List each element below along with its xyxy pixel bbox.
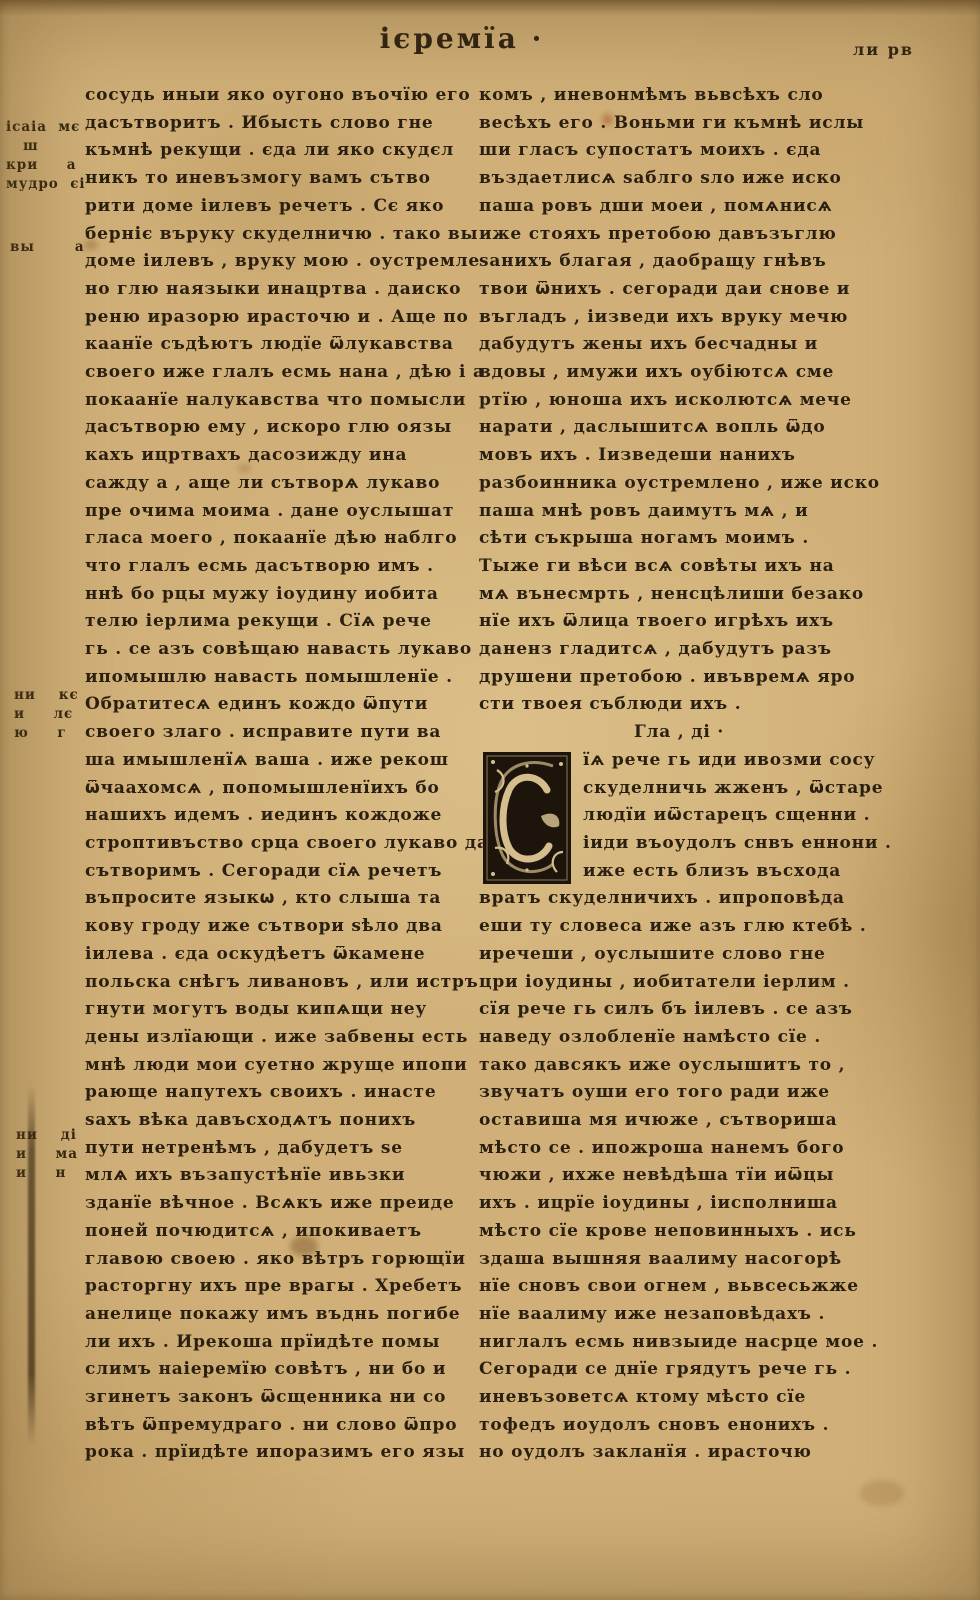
paper-stain	[860, 1480, 904, 1506]
margin-note-1: ісаіа мє ш кри а мудро єі	[6, 118, 86, 194]
text-line: но оудолъ закланїя . ирасточю	[479, 1439, 879, 1467]
text-line: іиди въоудолъ снвъ еннони .	[583, 830, 879, 858]
text-line: цри іоудины , иобитатели іерлим .	[479, 969, 879, 997]
text-line: что глалъ есмь дасътворю имъ .	[85, 553, 477, 581]
paper-stain	[602, 114, 613, 125]
margin-note-4: ни ді и ма и н	[16, 1126, 78, 1183]
binding-shadow-streak	[28, 1085, 35, 1445]
text-line: поней почюдитсѧ , ипокиваетъ	[85, 1218, 477, 1246]
decorated-initial-block	[483, 752, 571, 884]
text-line: нїе ваалиму иже незаповѣдахъ .	[479, 1301, 879, 1329]
text-line: паша ровъ дши моеи , помѧнисѧ	[479, 193, 879, 221]
text-line: Сегоради се днїе грядутъ рече гь .	[479, 1356, 879, 1384]
text-line: мѣсто се . ипожроша нанемъ бого	[479, 1135, 879, 1163]
text-line: ниглалъ есмь нивзыиде насрце мое .	[479, 1329, 879, 1357]
text-line: гь . се азъ совѣщаю навасть лукаво	[85, 636, 477, 664]
chapter-opening: їѧ рече гь иди ивозми сосускуделничь жже…	[479, 747, 879, 886]
text-line: звучатъ оуши его того ради иже	[479, 1079, 879, 1107]
text-line: пути нетренѣмъ , дабудетъ ѕе	[85, 1135, 477, 1163]
text-line: нашихъ идемъ . иединъ кождоже	[85, 802, 477, 830]
text-line: млѧ ихъ възапустѣнїе ивьзки	[85, 1162, 477, 1190]
text-line: ѿчаахомсѧ , попомышленїихъ бо	[85, 775, 477, 803]
text-line: пре очима моима . дане оуслышат	[85, 498, 477, 526]
text-line: мовъ ихъ . Іизведеши нанихъ	[479, 442, 879, 470]
text-line: наведу озлобленїе намѣсто сїе .	[479, 1024, 879, 1052]
text-line: расторгну ихъ пре врагы . Хребетъ	[85, 1273, 477, 1301]
text-line: иневъзоветсѧ ктому мѣсто сїе	[479, 1384, 879, 1412]
margin-note-3: ни кє и лє ю г	[14, 686, 79, 743]
margin-note-2: вы а	[10, 238, 85, 257]
text-line: иже есть близъ въсхода	[583, 858, 879, 886]
text-line: еши ту словеса иже азъ глю ктебѣ .	[479, 913, 879, 941]
text-line: Тыже ги вѣси всѧ совѣты ихъ на	[479, 553, 879, 581]
text-line: паша мнѣ ровъ даимутъ мѧ , и	[479, 498, 879, 526]
text-line: доме іилевъ , вруку мою . оустремле	[85, 248, 477, 276]
text-line: рока . прїидѣте ипоразимъ его язы	[85, 1439, 477, 1467]
text-line: комъ , иневонмѣмъ вьвсѣхъ сло	[479, 82, 879, 110]
text-line: нїе ихъ ѿлица твоего игрѣхъ ихъ	[479, 608, 879, 636]
text-line: рающе напутехъ своихъ . инасте	[85, 1079, 477, 1107]
text-line: каанїе съдѣютъ людїе ѿлукавства	[85, 331, 477, 359]
text-line: въпросите языкѡ , кто слыша та	[85, 885, 477, 913]
text-line: разбоинника оустремлено , иже иско	[479, 470, 879, 498]
text-line: берніє въруку скуделничю . тако вы	[85, 221, 477, 249]
text-line: ли ихъ . Ирекоша прїидѣте помы	[85, 1329, 477, 1357]
text-line: вѣтъ ѿпремудраго . ни слово ѿпро	[85, 1412, 477, 1440]
text-line: ѕахъ вѣка давъсходѧтъ понихъ	[85, 1107, 477, 1135]
paper-stain	[238, 464, 251, 473]
text-line: згинетъ законъ ѿсщенника ни со	[85, 1384, 477, 1412]
text-line: сажду а , аще ли сътворѧ лукаво	[85, 470, 477, 498]
text-line: дасътворитъ . Ибысть слово гне	[85, 110, 477, 138]
page-header-title: ієремїа ·	[0, 22, 952, 55]
text-line: даненз гладитсѧ , дабудутъ разъ	[479, 636, 879, 664]
text-line: твои ѿнихъ . сегоради даи снове и	[479, 276, 879, 304]
text-line: ипомышлю навасть помышленїе .	[85, 664, 477, 692]
text-line: ши гласъ супостатъ моихъ . єда	[479, 137, 879, 165]
text-line: тако давсякъ иже оуслышитъ то ,	[479, 1052, 879, 1080]
text-line: чюжи , ихже невѣдѣша тїи иѿцы	[479, 1162, 879, 1190]
text-line: вдовы , имужи ихъ оубіютсѧ сме	[479, 359, 879, 387]
text-line: дены излїающи . иже забвены есть	[85, 1024, 477, 1052]
text-line: но глю наязыки инацртва . даиско	[85, 276, 477, 304]
text-line: въгладъ , іизведи ихъ вруку мечю	[479, 304, 879, 332]
text-line: Обратитесѧ единъ кождо ѿпути	[85, 691, 477, 719]
text-line: зданїе вѣчное . Всѧкъ иже преиде	[85, 1190, 477, 1218]
text-line: тофедъ иоудолъ сновъ енонихъ .	[479, 1412, 879, 1440]
left-text-column: сосудь иныи яко оугоно въочїю егодасътво…	[85, 82, 477, 1467]
text-line: нарати , даслышитсѧ вопль ѿдо	[479, 414, 879, 442]
text-line: сътворимъ . Сегоради сїѧ речетъ	[85, 858, 477, 886]
text-line: мѣсто сїе крове неповинныхъ . ись	[479, 1218, 879, 1246]
text-line: въздаетлисѧ ѕаблго ѕло иже иско	[479, 165, 879, 193]
text-line: дабудутъ жены ихъ бесчадны и	[479, 331, 879, 359]
text-line: своего иже глалъ есмь нана , дѣю і а	[85, 359, 477, 387]
text-line: анелице покажу имъ въднь погибе	[85, 1301, 477, 1329]
chapter-heading: Гла , ді ·	[479, 719, 879, 747]
text-line: оставиша мя ичюже , сътвориша	[479, 1107, 879, 1135]
text-line: ннѣ бо рцы мужу іоудину иобита	[85, 581, 477, 609]
text-line: ихъ . ицрїе іоудины , іисполниша	[479, 1190, 879, 1218]
text-line: ша имышленїѧ ваша . иже рекош	[85, 747, 477, 775]
text-line: сїя рече гь силъ бъ іилевъ . се азъ	[479, 996, 879, 1024]
text-line: здаша вышняя ваалиму насогорѣ	[479, 1246, 879, 1274]
initial-ornament-icon	[483, 752, 571, 884]
right-column-lower: вратъ скуделничихъ . ипроповѣдаеши ту сл…	[479, 885, 879, 1467]
book-page: ієремїа · ли рв ісаіа мє ш кри а мудро є…	[0, 0, 980, 1600]
text-line: іилева . єда оскудѣетъ ѿкамене	[85, 941, 477, 969]
text-line: кову гроду иже сътвори ѕѣло два	[85, 913, 477, 941]
paper-stain	[290, 1236, 318, 1256]
text-line: весѣхъ его . Воньми ги къмнѣ ислы	[479, 110, 879, 138]
text-line: друшени претобою . ивъвремѧ яро	[479, 664, 879, 692]
text-line: сти твоея съблюди ихъ .	[479, 691, 879, 719]
text-line: дасътворю ему , искоро глю оязы	[85, 414, 477, 442]
text-line: мѧ вънесмрть , ненсцѣлиши безако	[479, 581, 879, 609]
right-column-upper: комъ , иневонмѣмъ вьвсѣхъ словесѣхъ его …	[479, 82, 879, 719]
text-line: къмнѣ рекущи . єда ли яко скудєл	[85, 137, 477, 165]
text-line: сѣти съкрыша ногамъ моимъ .	[479, 525, 879, 553]
text-line: ѕанихъ благая , даобращу гнѣвъ	[479, 248, 879, 276]
text-line: иже стояхъ претобою давъзъглю	[479, 221, 879, 249]
text-line: иречеши , оуслышите слово гне	[479, 941, 879, 969]
text-line: гнути могутъ воды кипѧщи неу	[85, 996, 477, 1024]
text-line: гласа моего , покаанїе дѣю наблго	[85, 525, 477, 553]
text-line: рити доме іилевъ речетъ . Сє яко	[85, 193, 477, 221]
paper-stain	[84, 240, 98, 250]
text-line: главою своею . яко вѣтръ горющїи	[85, 1246, 477, 1274]
text-line: ртїю , юноша ихъ исколютсѧ мече	[479, 387, 879, 415]
text-line: нїе сновъ свои огнем , вьвсесьжже	[479, 1273, 879, 1301]
right-text-column: комъ , иневонмѣмъ вьвсѣхъ словесѣхъ его …	[479, 82, 879, 1467]
text-line: мнѣ люди мои суетно жруще ипопи	[85, 1052, 477, 1080]
text-line: строптивъство срца своего лукаво да	[85, 830, 477, 858]
text-line: людїи иѿстарецъ сщенни .	[583, 802, 879, 830]
text-line: никъ то иневъзмогу вамъ сътво	[85, 165, 477, 193]
text-line: покаанїе налукавства что помысли	[85, 387, 477, 415]
text-line: сосудь иныи яко оугоно въочїю его	[85, 82, 477, 110]
text-line: реню иразорю ирасточю и . Аще по	[85, 304, 477, 332]
folio-number: ли рв	[853, 40, 914, 59]
text-line: польска снѣгъ ливановъ , или истръ	[85, 969, 477, 997]
text-line: їѧ рече гь иди ивозми сосу	[583, 747, 879, 775]
text-line: вратъ скуделничихъ . ипроповѣда	[479, 885, 879, 913]
text-line: слимъ наіеремїю совѣтъ , ни бо и	[85, 1356, 477, 1384]
text-line: телю іерлима рекущи . Сїѧ рече	[85, 608, 477, 636]
text-line: кахъ ицртвахъ дасозижду ина	[85, 442, 477, 470]
text-line: скуделничь жженъ , ѿстаре	[583, 775, 879, 803]
text-line: своего злаго . исправите пути ва	[85, 719, 477, 747]
